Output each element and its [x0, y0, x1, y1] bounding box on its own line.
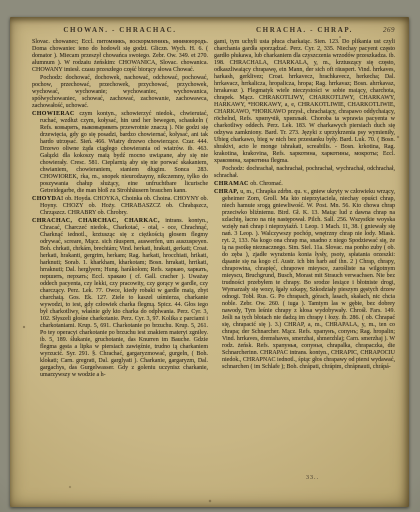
page-number: 269: [383, 26, 395, 35]
running-head-left: CHOWAN. - CHRACHAC.: [32, 26, 208, 35]
paragraph: gami, tym uchyli usta płuca charkaiąc. S…: [214, 39, 395, 165]
paragraph: CHOYDA! ob. Hoyda. CHOYKA, Choinka ob. C…: [32, 196, 208, 217]
text-columns: Slovac. chowanec; Eccl. питомникъ, воско…: [32, 39, 395, 380]
paragraph: CHRACHAC, CHARCHAC, CHARKAC, intrans. ko…: [32, 218, 208, 379]
paragraph: CHRAP, u, m., Chrapka zdrbn. qu. v., gni…: [214, 189, 395, 371]
scanned-book-page: CHOWAN. - CHRACHAC. CHRACHA. - CHRAP. 26…: [0, 0, 420, 512]
signature-mark: 33..: [306, 475, 319, 481]
column-right: gami, tym uchyli usta płuca charkaiąc. S…: [214, 39, 395, 380]
paragraph: CHRAMAC ob. Chromać.: [214, 181, 395, 188]
paragraph: Pochodz: dochrachał, nachrachał, pochrac…: [214, 166, 395, 180]
paragraph: Slovac. chowanec; Eccl. питомникъ, воско…: [32, 39, 208, 74]
running-head: CHOWAN. - CHRACHAC. CHRACHA. - CHRAP. 26…: [32, 26, 395, 35]
running-head-right: CHRACHA. - CHRAP.: [214, 26, 395, 35]
paragraph: Pochodz: dochować, dochowek, nachować, o…: [32, 75, 208, 110]
paragraph: CHOWIERAC czym kontyn., schowierzyć nied…: [32, 111, 208, 195]
column-left: Slovac. chowanec; Eccl. питомникъ, воско…: [32, 39, 208, 380]
paper: CHOWAN. - CHRACHAC. CHRACHA. - CHRAP. 26…: [10, 17, 409, 507]
